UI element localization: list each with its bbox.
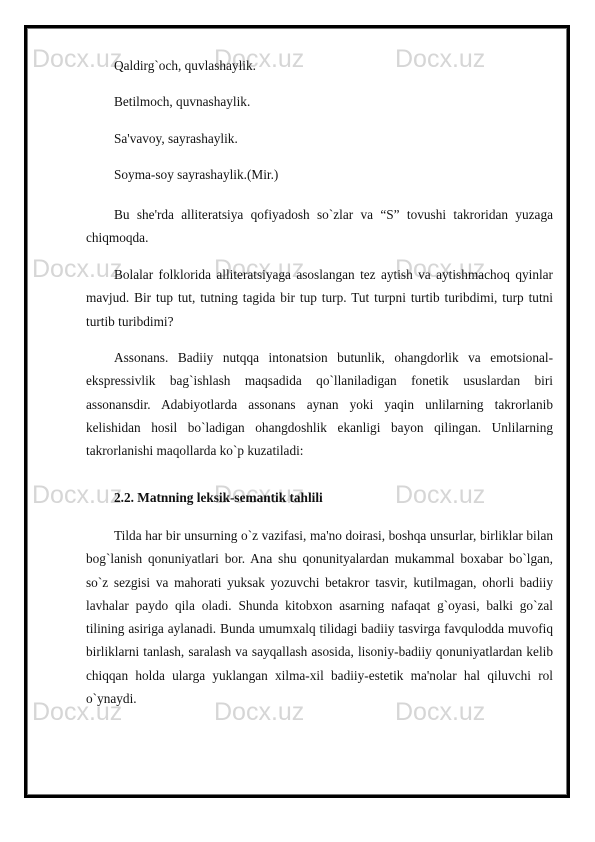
poem-line: Betilmoch, quvnashaylik. (114, 94, 250, 110)
section-heading: 2.2. Matnning leksik-semantik tahlili (114, 490, 323, 506)
paragraph: Bolalar folklorida alliteratsiyaga asosl… (86, 263, 553, 333)
watermark: Docx.uz (395, 47, 485, 72)
poem-line: Qaldirg`och, quvlashaylik. (114, 58, 256, 74)
watermark: Docx.uz (32, 47, 122, 72)
watermark: Docx.uz (32, 483, 122, 508)
poem-line: Sa'vavoy, sayrashaylik. (114, 131, 238, 147)
poem-line: Soyma-soy sayrashaylik.(Mir.) (114, 167, 278, 183)
watermark: Docx.uz (395, 483, 485, 508)
paragraph: Assonans. Badiiy nutqqa intonatsion butu… (86, 346, 553, 462)
paragraph: Bu she'rda alliteratsiya qofiyadosh so`z… (86, 203, 553, 250)
section-paragraph: Tilda har bir unsurning o`z vazifasi, ma… (86, 524, 553, 710)
